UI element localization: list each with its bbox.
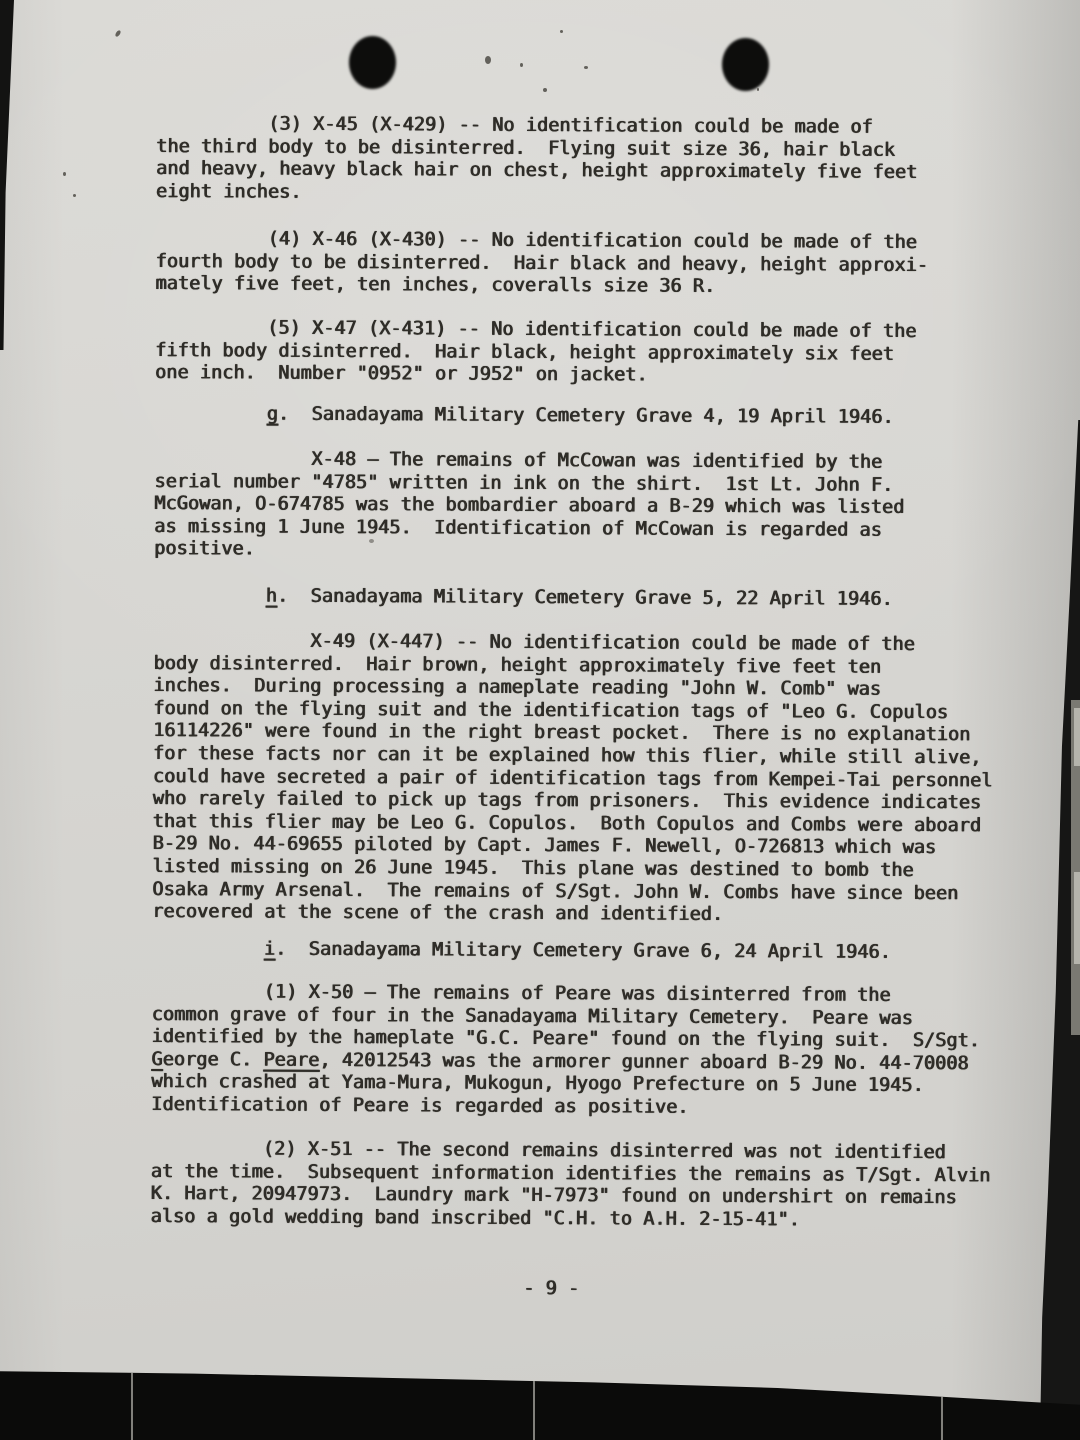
heading-grave-5: h. Sanadayama Military Cemetery Grave 5,… [154, 585, 893, 611]
paragraph-x47: (5) X-47 (X-431) -- No identification co… [155, 317, 917, 389]
paragraph-x50: (1) X-50 — The remains of Peare was disi… [151, 981, 980, 1121]
heading-grave-4: g. Sanadayama Military Cemetery Grave 4,… [155, 403, 894, 429]
paragraph-x45: (3) X-45 (X-429) -- No identification co… [156, 113, 918, 207]
paragraph-x48: X-48 — The remains of McCowan was identi… [154, 448, 905, 565]
scanned-page-paper: (3) X-45 (X-429) -- No identification co… [0, 0, 1080, 1440]
tape-highlight [1074, 708, 1080, 766]
paragraph-x51: (2) X-51 -- The second remains disinterr… [151, 1138, 991, 1233]
page-number: - 9 - [523, 1278, 579, 1301]
document-text: (3) X-45 (X-429) -- No identification co… [0, 0, 1080, 1440]
paragraph-x49: X-49 (X-447) -- No identification could … [152, 630, 993, 928]
heading-grave-6: i. Sanadayama Military Cemetery Grave 6,… [152, 938, 891, 964]
right-edge-tape-strip [1071, 700, 1080, 1035]
tape-highlight [1074, 872, 1080, 964]
paragraph-x46: (4) X-46 (X-430) -- No identification co… [156, 228, 929, 300]
